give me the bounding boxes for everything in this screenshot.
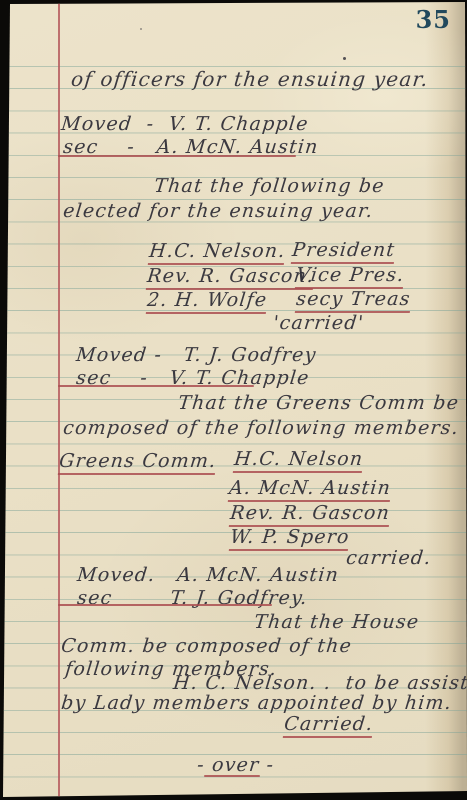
greens-comm-heading-text: Greens Comm. [58,450,218,475]
page-number: 35 [416,5,451,34]
carried-note-3: Carried. [283,714,374,736]
motion2-moved: Moved - T. J. Godfrey [75,345,318,367]
carried-note-text: Carried. [283,713,375,738]
greens-member-nelson: H.C. Nelson [233,449,364,471]
motion3-moved: Moved. A. McN. Austin [76,565,340,587]
motion1-text-1: That the following be [153,176,386,198]
greens-member-spero: W. P. Spero [229,527,351,549]
red-underline-rule [204,775,260,777]
motion3-text-2: Comm. be composed of the [60,636,353,658]
greens-member-text: W. P. Spero [229,526,351,551]
officer-name-text: H.C. Nelson. [148,240,287,265]
motion3-text-1: That the House [253,612,420,634]
greens-member-gascon: Rev. R. Gascon [229,503,391,525]
motion1-text-2: elected for the ensuing year. [62,201,374,223]
officer-title-secytreas: secy Treas [295,289,412,311]
officer-name-gascon: Rev. R. Gascon. [146,266,315,288]
greens-member-text: H.C. Nelson [233,448,365,473]
motion2-text-2: composed of the following members. [62,418,460,440]
officer-name-wolfe: 2. H. Wolfe [146,290,268,312]
greens-member-austin: A. McN. Austin [228,478,392,500]
ink-dot [140,28,142,30]
carried-note-1: 'carried' [272,313,365,335]
officer-title-president: President [291,240,396,262]
officer-name-nelson: H.C. Nelson. [148,241,287,263]
officer-title-vicepres: Vice Pres. [295,265,406,287]
greens-comm-heading: Greens Comm. [58,451,218,473]
red-underline-rule [58,604,272,606]
greens-member-text: A. McN. Austin [228,477,392,502]
officer-name-text: 2. H. Wolfe [146,289,269,314]
officer-title-text: Vice Pres. [295,264,406,289]
ink-dot [343,57,346,60]
carried-note-2: carried. [345,548,433,570]
motion2-text-1: That the Greens Comm be [177,393,460,415]
officer-title-text: secy Treas [295,288,412,313]
over-note: - over - [196,755,275,777]
officer-name-text: Rev. R. Gascon. [146,265,316,290]
officer-title-text: President [291,239,397,264]
red-underline-rule [58,155,296,157]
motion1-moved: Moved - V. T. Chapple [60,114,310,136]
red-underline-rule [58,385,254,387]
handwriting-line-officers: of officers for the ensuing year. [70,68,430,91]
ledger-paper: 35 of officers for the ensuing year. Mov… [0,0,467,800]
greens-member-text: Rev. R. Gascon [229,502,392,527]
red-margin-line [58,0,60,800]
motion3-text-5: by Lady members appointed by him. [60,693,453,715]
motion3-seconded: sec T. J. Godfrey. [76,588,309,610]
